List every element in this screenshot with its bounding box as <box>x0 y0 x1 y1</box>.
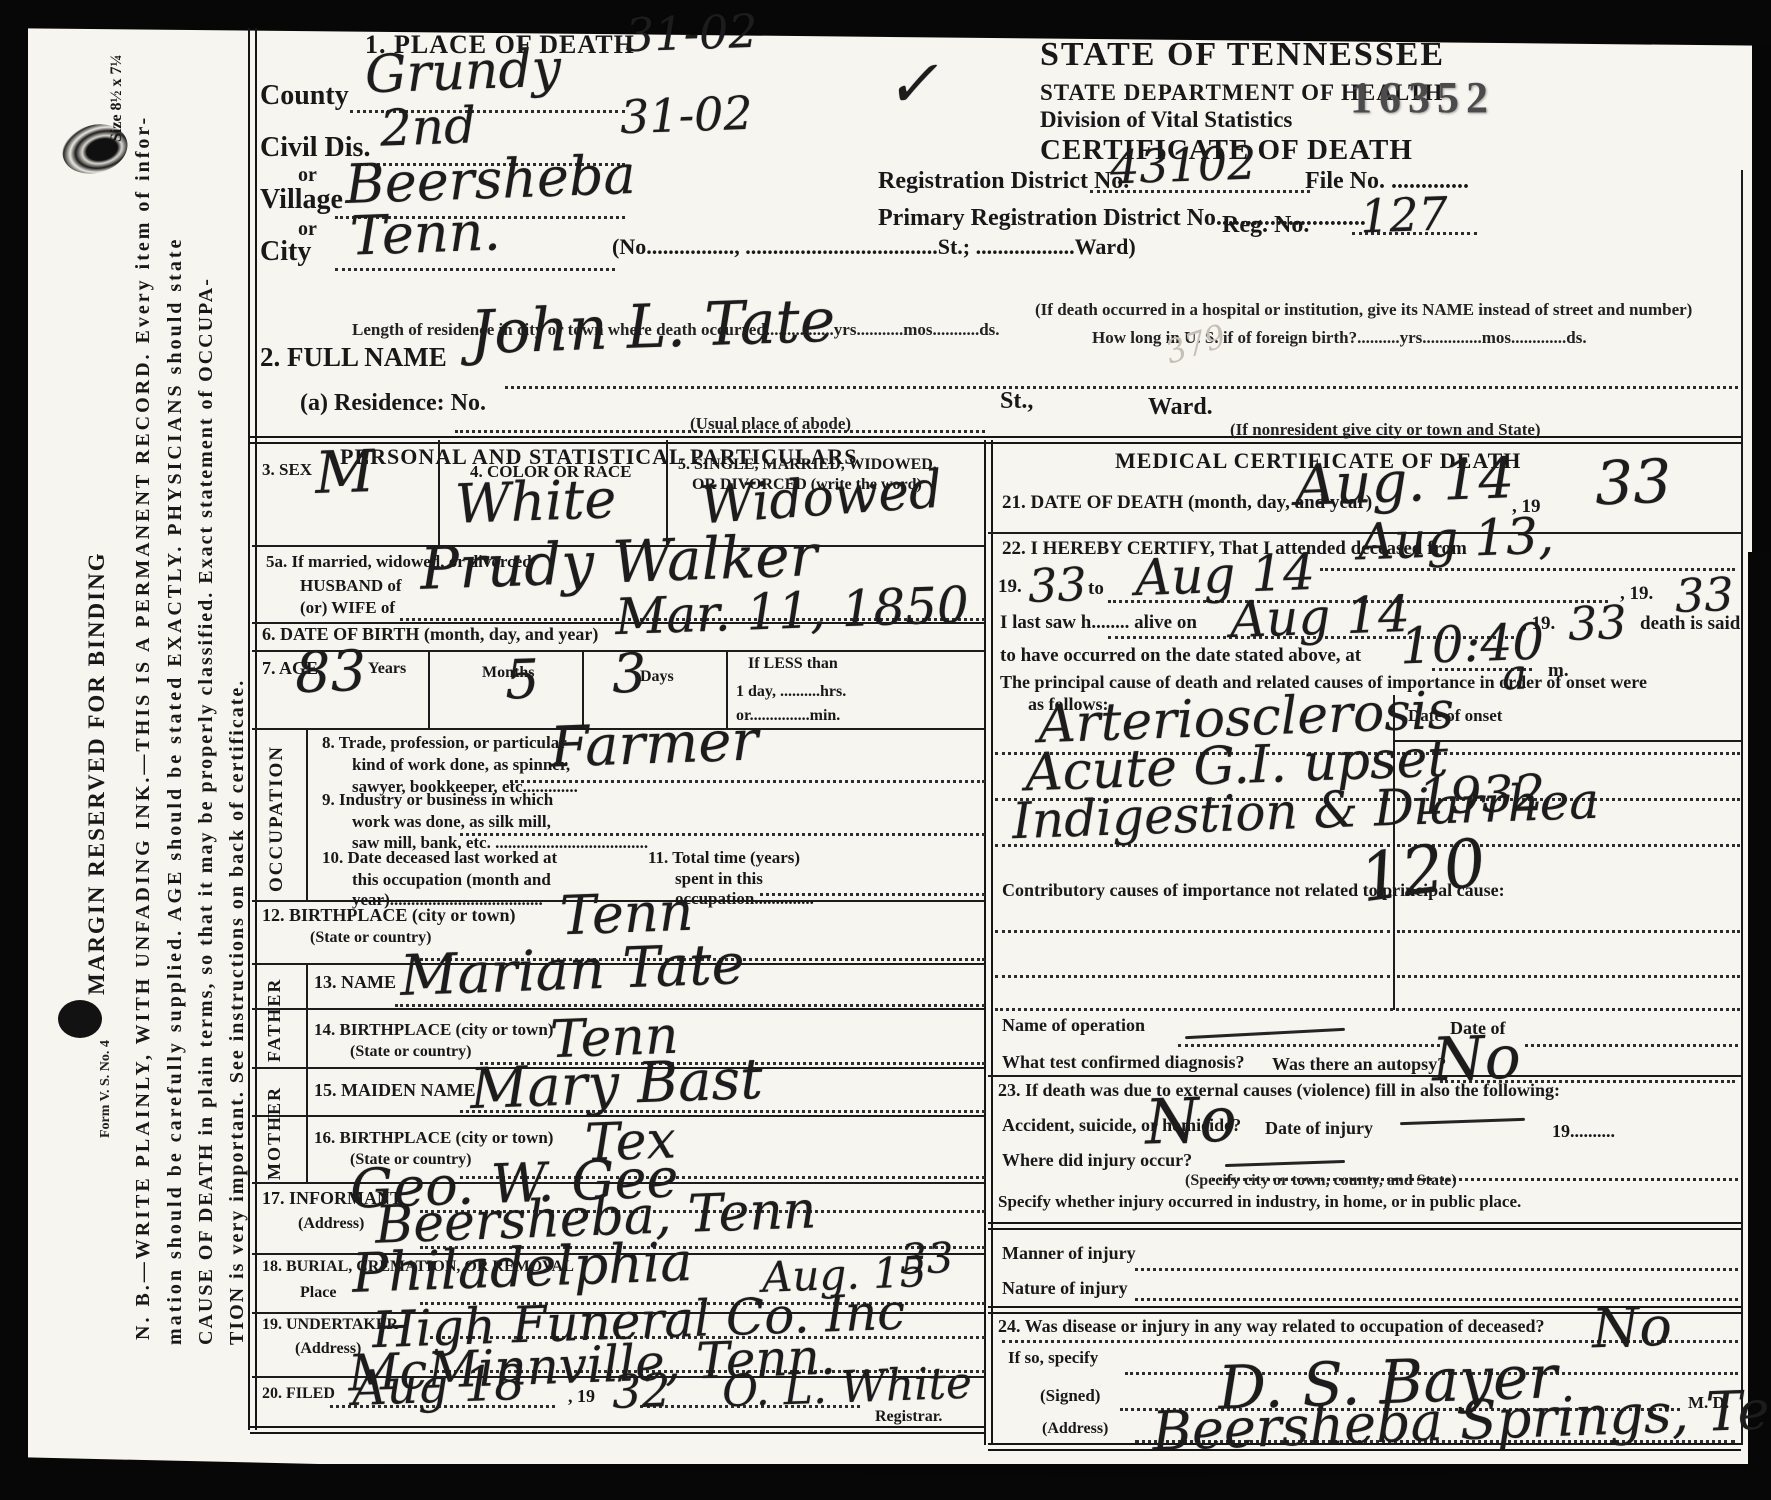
trade-label2: kind of work done, as spinner, <box>352 755 570 775</box>
last-saw-year: 33 <box>1567 595 1627 651</box>
death-said-label: death is said <box>1640 613 1740 635</box>
margin-size-note: Size 8½ x 7¼ <box>108 54 126 142</box>
age-less-label2: 1 day, ..........hrs. <box>736 683 846 701</box>
margin-form-number: Form V. S. No. 4 <box>98 1040 114 1138</box>
total-time-label3: occupation.............. <box>675 889 814 909</box>
manner-of-injury-label: Manner of injury <box>1002 1243 1136 1264</box>
sex-value: M <box>314 437 376 507</box>
father-name-value: Marian Tate <box>399 932 746 1009</box>
scanned-death-certificate: Size 8½ x 7¼ MARGIN RESERVED FOR BINDING… <box>0 0 1771 1500</box>
age-years-value: 83 <box>294 639 367 706</box>
accident-value: No <box>1144 1082 1238 1158</box>
mother-birthplace-label: 16. BIRTHPLACE (city or town) <box>314 1128 553 1148</box>
last-worked-label2: this occupation (month and <box>352 870 551 890</box>
signed-label: (Signed) <box>1040 1386 1100 1406</box>
spouse-label2: HUSBAND of <box>300 576 402 596</box>
scan-edge-right <box>1748 552 1771 1500</box>
registration-district-value: 43102 <box>1109 135 1257 194</box>
autopsy-label: Was there an autopsy? <box>1272 1054 1446 1075</box>
dotted-line <box>1397 975 1740 978</box>
spouse-label3: (or) WIFE of <box>300 598 395 618</box>
birthplace-label: 12. BIRTHPLACE (city or town) <box>262 905 516 926</box>
rule <box>306 728 308 900</box>
father-name-label: 13. NAME <box>314 972 396 993</box>
city-value: Tenn. <box>349 199 502 267</box>
occupation-related-label: 24. Was disease or injury in any way rel… <box>998 1316 1545 1337</box>
punch-hole <box>58 1000 102 1038</box>
burial-year-value: 33 <box>899 1233 954 1284</box>
residence-st-label: St., <box>1000 388 1033 415</box>
rule <box>306 963 308 1182</box>
registration-district-label: Registration District No. <box>878 168 1129 195</box>
dotted-line <box>335 268 615 271</box>
age-less-label1: If LESS than <box>748 655 838 673</box>
filed-label: 20. FILED <box>262 1385 335 1403</box>
margin-binding-note: MARGIN RESERVED FOR BINDING <box>84 551 110 995</box>
trade-value: Farmer <box>549 708 759 780</box>
margin-nb-line: N. B.—WRITE PLAINLY, WITH UNFADING INK.—… <box>132 115 155 1340</box>
dotted-line <box>505 386 1738 389</box>
dotted-line <box>1397 930 1740 933</box>
filed-19-label: , 19 <box>568 1386 595 1407</box>
district-code-top: 31-02 <box>624 4 758 63</box>
last-worked-label1: 10. Date deceased last worked at <box>322 848 557 868</box>
age-months-value: 5 <box>504 647 541 711</box>
sex-label: 3. SEX <box>262 460 312 480</box>
industry-label1: 9. Industry or business in which <box>322 790 553 810</box>
dotted-line <box>995 930 1390 933</box>
last-saw-value: Aug 14 <box>1229 585 1411 649</box>
mother-side-label: MOTHER <box>264 1086 285 1180</box>
date-of-death-value: Aug. 14 <box>1294 446 1515 519</box>
if-so-label: If so, specify <box>1008 1348 1098 1368</box>
dotted-line <box>1525 1044 1738 1047</box>
physician-address-label: (Address) <box>1042 1420 1108 1438</box>
abode-note: (Usual place of abode) <box>690 414 851 434</box>
hospital-note: (If death occurred in a hospital or inst… <box>1035 300 1692 320</box>
rule <box>984 440 993 1445</box>
where-injury-label: Where did injury occur? <box>1002 1150 1192 1171</box>
total-time-label1: 11. Total time (years) <box>648 848 800 868</box>
to-word: to <box>1088 578 1104 600</box>
age-years-label: Years <box>368 660 406 678</box>
city-label: City <box>260 236 311 268</box>
occupation-side-label: OCCUPATION <box>266 745 288 892</box>
occupation-related-value: No <box>1591 1295 1673 1361</box>
date-of-death-year: 33 <box>1594 447 1673 520</box>
margin-line3: CAUSE OF DEATH in plain terms, so that i… <box>195 277 218 1345</box>
reg-no-value: 127 <box>1359 186 1449 243</box>
trade-label1: 8. Trade, profession, or particular <box>322 733 567 753</box>
informant-address-label: (Address) <box>298 1215 364 1233</box>
dotted-line <box>995 975 1390 978</box>
operation-label: Name of operation <box>1002 1015 1145 1036</box>
county-value: Grundy <box>364 39 562 106</box>
state-title: STATE OF TENNESSEE <box>1040 36 1445 74</box>
rule <box>428 650 430 728</box>
margin-line4: TION is very important. See instructions… <box>226 679 249 1345</box>
filed-year-value: 32 <box>611 1363 671 1419</box>
nature-of-injury-label: Nature of injury <box>1002 1278 1128 1299</box>
external-causes-label: 23. If death was due to external causes … <box>998 1080 1560 1101</box>
rule <box>250 1426 986 1434</box>
specify-city-note: (Specify city or town, county, and State… <box>1185 1172 1457 1190</box>
village-label: Village <box>260 184 343 216</box>
county-label: County <box>260 80 349 112</box>
test-label: What test confirmed diagnosis? <box>1002 1052 1245 1073</box>
occurred-label: to have occurred on the date stated abov… <box>1000 645 1361 667</box>
father-side-label: FATHER <box>264 978 285 1062</box>
father-birthplace-label: 14. BIRTHPLACE (city or town) <box>314 1020 553 1040</box>
burial-place-label: Place <box>300 1284 336 1302</box>
dotted-line <box>1397 752 1740 755</box>
dotted-line <box>995 1008 1740 1011</box>
residence-ward-label: Ward. <box>1148 394 1213 421</box>
age-days-value: 3 <box>611 641 648 705</box>
mother-maiden-value: Mary Bast <box>469 1047 764 1122</box>
dotted-line <box>1178 1044 1440 1047</box>
street-ward-line: (No................, ...................… <box>612 234 1136 260</box>
reg-no-label: Reg. No. <box>1222 212 1309 239</box>
onset-year-value: 1932 <box>1417 764 1546 826</box>
last-saw-label: I last saw h........ alive on <box>1000 612 1197 634</box>
margin-line2: mation should be carefully supplied. AGE… <box>164 237 187 1345</box>
full-name-value: John L. Tate <box>469 286 837 369</box>
nonresident-note: (If nonresident give city or town and St… <box>1230 420 1541 440</box>
handwritten-checkmark: ✓ <box>884 47 940 123</box>
district-code-mid: 31-02 <box>619 86 753 145</box>
dob-value: Mar. 11, 1850 <box>614 576 970 646</box>
rule <box>988 1222 1741 1230</box>
mother-maiden-label: 15. MAIDEN NAME <box>314 1080 476 1101</box>
industry-label2: work was done, as silk mill, <box>352 812 551 832</box>
dotted-line <box>1135 1268 1738 1271</box>
certificate-number-stamp: 16352 <box>1350 72 1495 123</box>
rule <box>988 1075 1741 1077</box>
registrar-label: Registrar. <box>875 1408 942 1426</box>
father-birthplace-state: (State or country) <box>350 1043 471 1061</box>
rule <box>1741 170 1743 1445</box>
attended-from-value: Aug 13, <box>1357 507 1555 572</box>
full-name-label: 2. FULL NAME <box>260 342 447 373</box>
filed-date-value: Aug 18 <box>351 1355 525 1417</box>
residence-label: (a) Residence: No. <box>300 390 486 417</box>
specify-industry-note: Specify whether injury occurred in indus… <box>998 1192 1521 1212</box>
injury-date-label: Date of injury <box>1265 1118 1373 1139</box>
scan-edge-left <box>0 0 28 1500</box>
from-year-19: 19. <box>998 576 1022 598</box>
dotted-line <box>510 780 985 783</box>
race-value: White <box>454 467 617 536</box>
division-line: Division of Vital Statistics <box>1040 107 1292 133</box>
injury-19-label: 19.......... <box>1552 1121 1615 1142</box>
from-year-value: 33 <box>1027 557 1087 613</box>
